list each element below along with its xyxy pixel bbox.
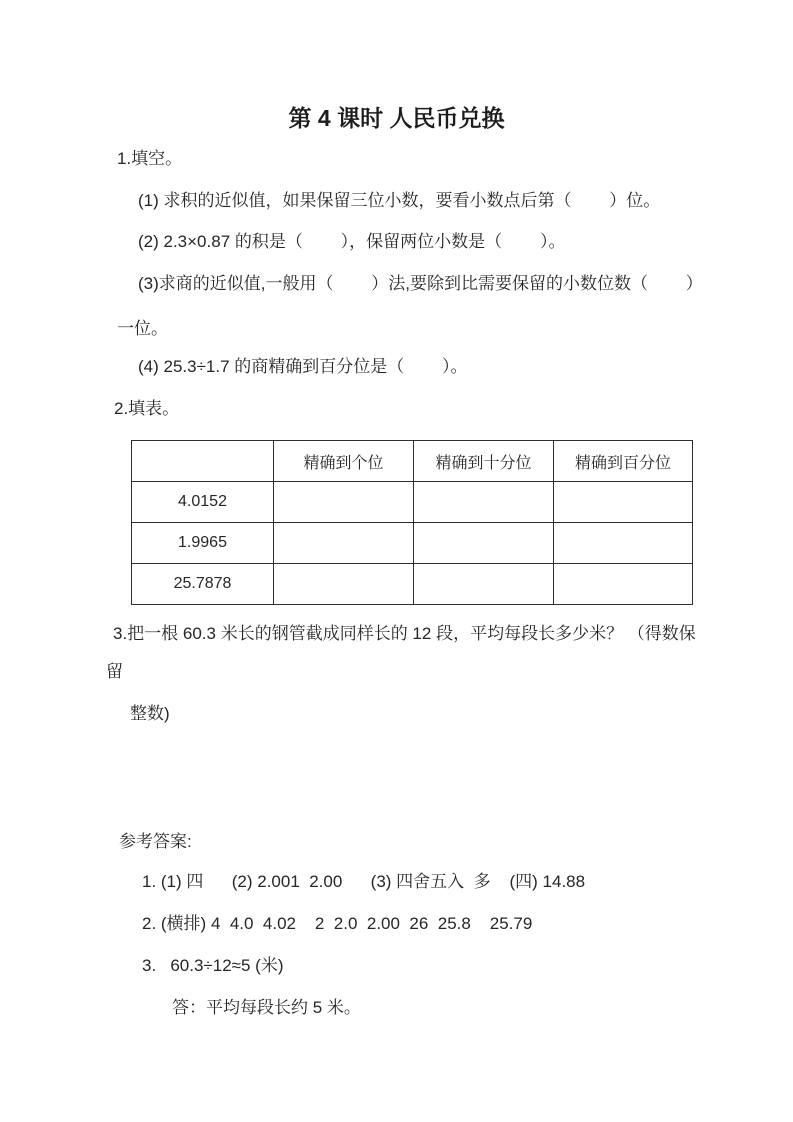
question-1-header: 1.填空。 — [117, 148, 182, 170]
worksheet-page: 第 4 课时 人民币兑换 1.填空。 (1) 求积的近似值，如果保留三位小数，要… — [0, 0, 793, 1122]
page-title: 第 4 课时 人民币兑换 — [0, 100, 793, 133]
answer-line-2: 2. (横排) 4 4.0 4.02 2 2.0 2.00 26 25.8 25… — [142, 913, 532, 935]
answer-line-3: 3. 60.3÷12≈5 (米) — [142, 955, 284, 977]
question-2-header: 2.填表。 — [114, 398, 179, 420]
row-label: 1.9965 — [132, 523, 274, 564]
table-header-tenths: 精确到十分位 — [414, 441, 554, 482]
question-1-item-3-continuation: 一位。 — [117, 318, 168, 340]
answers-header: 参考答案: — [119, 831, 192, 853]
question-1-item-3: (3)求商的近似值,一般用（ ）法,要除到比需要保留的小数位数（ ） — [138, 273, 703, 295]
empty-answer-cell — [414, 482, 554, 523]
empty-answer-cell — [274, 564, 414, 605]
empty-answer-cell — [554, 523, 693, 564]
table-header-hundredths: 精确到百分位 — [554, 441, 693, 482]
empty-answer-cell — [274, 523, 414, 564]
table-header-blank — [132, 441, 274, 482]
empty-answer-cell — [414, 523, 554, 564]
empty-answer-cell — [414, 564, 554, 605]
question-1-item-1: (1) 求积的近似值，如果保留三位小数，要看小数点后第（ ）位。 — [138, 190, 660, 212]
table-header-ones: 精确到个位 — [274, 441, 414, 482]
answer-line-1: 1. (1) 四 (2) 2.001 2.00 (3) 四舍五入 多 (四) 1… — [142, 871, 585, 893]
question-3-line-1: 3.把一根 60.3 米长的钢管截成同样长的 12 段，平均每段长多少米？ （得… — [113, 623, 696, 645]
empty-answer-cell — [554, 482, 693, 523]
row-label: 25.7878 — [132, 564, 274, 605]
table-row: 4.0152 — [132, 482, 693, 523]
question-1-item-4: (4) 25.3÷1.7 的商精确到百分位是（ ）。 — [138, 356, 468, 378]
question-3-line-2: 留 — [106, 661, 123, 683]
table-header-row: 精确到个位 精确到十分位 精确到百分位 — [132, 441, 693, 482]
table-row: 25.7878 — [132, 564, 693, 605]
empty-answer-cell — [274, 482, 414, 523]
question-1-item-2: (2) 2.3×0.87 的积是（ ），保留两位小数是（ ）。 — [138, 231, 565, 253]
question-3-line-3: 整数) — [130, 703, 170, 725]
empty-answer-cell — [554, 564, 693, 605]
row-label: 4.0152 — [132, 482, 274, 523]
answer-line-4: 答：平均每段长约 5 米。 — [172, 997, 361, 1019]
rounding-table: 精确到个位 精确到十分位 精确到百分位 4.0152 1.9965 25.787… — [131, 440, 693, 605]
table-row: 1.9965 — [132, 523, 693, 564]
